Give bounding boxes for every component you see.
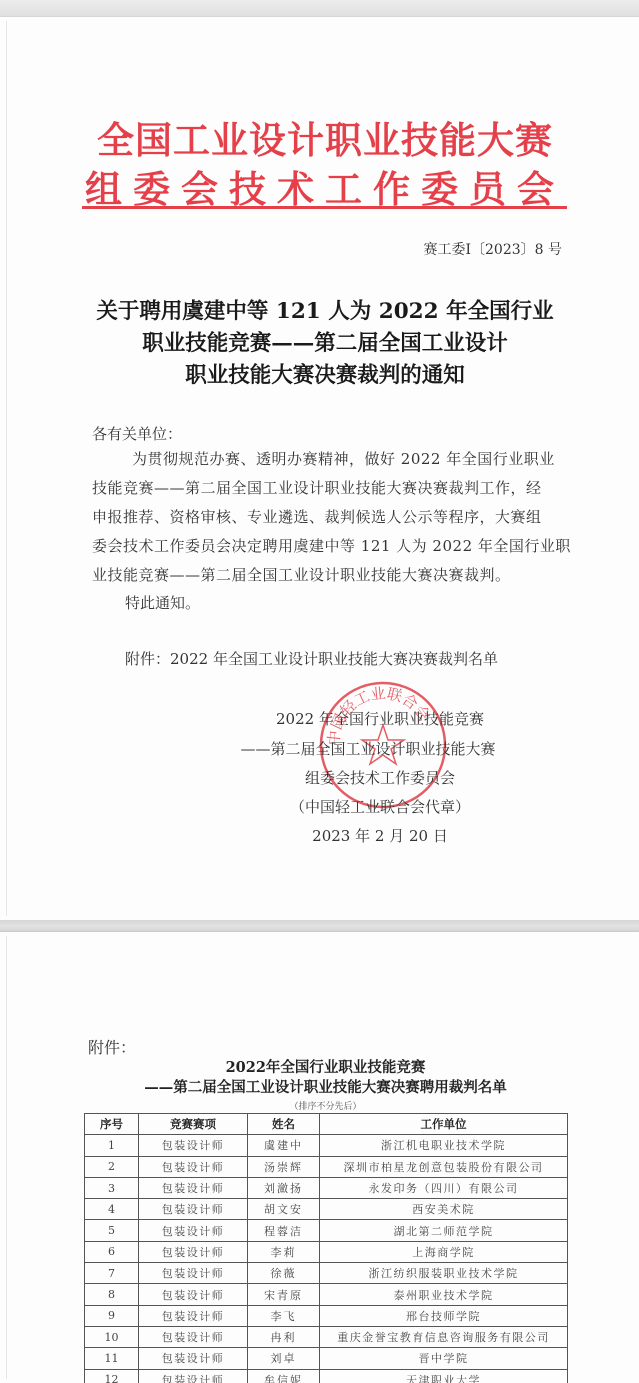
page-separator [0,920,639,932]
row-category: 包装设计师 [139,1241,248,1262]
list-subtitle: （排序不分先后） [84,1099,567,1112]
signature-date: 2023 年 2 月 20 日 [230,825,530,846]
referee-table: 序号 竞赛赛项 姓名 工作单位 1 包装设计师 虞建中 浙江机电职业技术学院 2… [84,1113,568,1383]
row-number: 1 [85,1135,139,1156]
signature-line-4: （中国轻工业联合会代章） [230,796,530,817]
row-category: 包装设计师 [139,1348,248,1369]
row-category: 包装设计师 [139,1305,248,1326]
row-organization: 邢台技师学院 [320,1305,568,1326]
notice-title-line-3: 职业技能大赛决赛裁判的通知 [60,358,590,389]
row-number: 8 [85,1284,139,1305]
row-category: 包装设计师 [139,1326,248,1347]
attachment-note: 附件：2022 年全国工业设计职业技能大赛决赛裁判名单 [125,645,498,674]
row-organization: 重庆金誉宝教育信息咨询服务有限公司 [320,1326,568,1347]
document-page-2: 附件： 2022年全国行业职业技能竞赛 ——第二届全国工业设计职业技能大赛决赛聘… [0,932,639,1383]
row-number: 9 [85,1305,139,1326]
signature-line-3: 组委会技术工作委员会 [230,767,530,788]
table-row: 7 包装设计师 徐薇 浙江纺织服装职业技术学院 [85,1263,568,1284]
list-title-line-1: 2022年全国行业职业技能竞赛 [84,1056,567,1077]
row-organization: 深圳市柏星龙创意包装股份有限公司 [320,1156,568,1177]
table-row: 10 包装设计师 冉利 重庆金誉宝教育信息咨询服务有限公司 [85,1326,568,1347]
row-organization: 上海商学院 [320,1241,568,1262]
row-category: 包装设计师 [139,1369,248,1383]
row-organization: 泰州职业技术学院 [320,1284,568,1305]
row-name: 刘瀲扬 [248,1177,320,1198]
column-header-organization: 工作单位 [320,1114,568,1135]
table-row: 8 包装设计师 宋青原 泰州职业技术学院 [85,1284,568,1305]
row-category: 包装设计师 [139,1177,248,1198]
paragraph-line: 业技能竞赛——第二届全国工业设计职业技能大赛决赛裁判。 [92,561,572,590]
column-header-category: 竞赛赛项 [139,1114,248,1135]
row-name: 李飞 [248,1305,320,1326]
row-number: 3 [85,1177,139,1198]
paragraph-line: 为贯彻规范办赛、透明办赛精神，做好 2022 年全国行业职业 [92,445,572,474]
row-number: 12 [85,1369,139,1383]
signature-line-1: 2022 年全国行业职业技能竞赛 [230,708,530,729]
row-name: 虞建中 [248,1135,320,1156]
row-organization: 浙江机电职业技术学院 [320,1135,568,1156]
notice-title-line-2: 职业技能竞赛——第二届全国工业设计 [60,326,590,357]
document-page-1: 全国工业设计职业技能大赛 组委会技术工作委员会 赛工委Ⅰ〔2023〕8 号 关于… [0,17,639,920]
document-number: 赛工委Ⅰ〔2023〕8 号 [423,239,562,259]
row-name: 刘卓 [248,1348,320,1369]
row-number: 7 [85,1263,139,1284]
closing-text: 特此通知。 [125,589,200,618]
row-organization: 晋中学院 [320,1348,568,1369]
table-row: 11 包装设计师 刘卓 晋中学院 [85,1348,568,1369]
row-category: 包装设计师 [139,1135,248,1156]
list-title-line-2: ——第二届全国工业设计职业技能大赛决赛聘用裁判名单 [84,1076,567,1097]
row-category: 包装设计师 [139,1284,248,1305]
paragraph-line: 委会技术工作委员会决定聘用虞建中等 121 人为 2022 年全国行业职 [92,532,572,561]
table-row: 2 包装设计师 汤崇辉 深圳市柏星龙创意包装股份有限公司 [85,1156,568,1177]
viewer-top-band [0,0,639,17]
table-row: 5 包装设计师 程蓉洁 湖北第二师范学院 [85,1220,568,1241]
letterhead-line-1: 全国工业设计职业技能大赛 [80,110,570,164]
row-number: 2 [85,1156,139,1177]
row-organization: 浙江纺织服装职业技术学院 [320,1263,568,1284]
row-number: 11 [85,1348,139,1369]
row-name: 胡文安 [248,1199,320,1220]
row-name: 宋青原 [248,1284,320,1305]
column-header-name: 姓名 [248,1114,320,1135]
column-header-number: 序号 [85,1114,139,1135]
row-organization: 天津职业大学 [320,1369,568,1383]
row-number: 4 [85,1199,139,1220]
table-row: 3 包装设计师 刘瀲扬 永发印务（四川）有限公司 [85,1177,568,1198]
row-name: 牟信妮 [248,1369,320,1383]
row-organization: 永发印务（四川）有限公司 [320,1177,568,1198]
row-name: 冉利 [248,1326,320,1347]
letterhead-divider [82,206,567,209]
paragraph-line: 申报推荐、资格审核、专业遴选、裁判候选人公示等程序，大赛组 [92,503,572,532]
body-paragraph: 为贯彻规范办赛、透明办赛精神，做好 2022 年全国行业职业 技能竞赛——第二届… [92,445,572,590]
attachment-label: 附件： [88,1035,136,1058]
row-name: 程蓉洁 [248,1220,320,1241]
row-name: 徐薇 [248,1263,320,1284]
table-row: 12 包装设计师 牟信妮 天津职业大学 [85,1369,568,1383]
row-category: 包装设计师 [139,1156,248,1177]
table-row: 9 包装设计师 李飞 邢台技师学院 [85,1305,568,1326]
row-number: 10 [85,1326,139,1347]
row-category: 包装设计师 [139,1199,248,1220]
table-row: 1 包装设计师 虞建中 浙江机电职业技术学院 [85,1135,568,1156]
table-header-row: 序号 竞赛赛项 姓名 工作单位 [85,1114,568,1135]
row-organization: 湖北第二师范学院 [320,1220,568,1241]
row-name: 李莉 [248,1241,320,1262]
letterhead-line-2: 组委会技术工作委员会 [80,159,570,213]
table-row: 4 包装设计师 胡文安 西安美术院 [85,1199,568,1220]
row-number: 5 [85,1220,139,1241]
row-organization: 西安美术院 [320,1199,568,1220]
table-row: 6 包装设计师 李莉 上海商学院 [85,1241,568,1262]
row-number: 6 [85,1241,139,1262]
row-category: 包装设计师 [139,1263,248,1284]
signature-line-2: ——第二届全国工业设计职业技能大赛 [218,738,518,759]
row-category: 包装设计师 [139,1220,248,1241]
row-name: 汤崇辉 [248,1156,320,1177]
paragraph-line: 技能竞赛——第二届全国工业设计职业技能大赛决赛裁判工作，经 [92,474,572,503]
notice-title-line-1: 关于聘用虞建中等 121 人为 2022 年全国行业 [60,294,590,325]
